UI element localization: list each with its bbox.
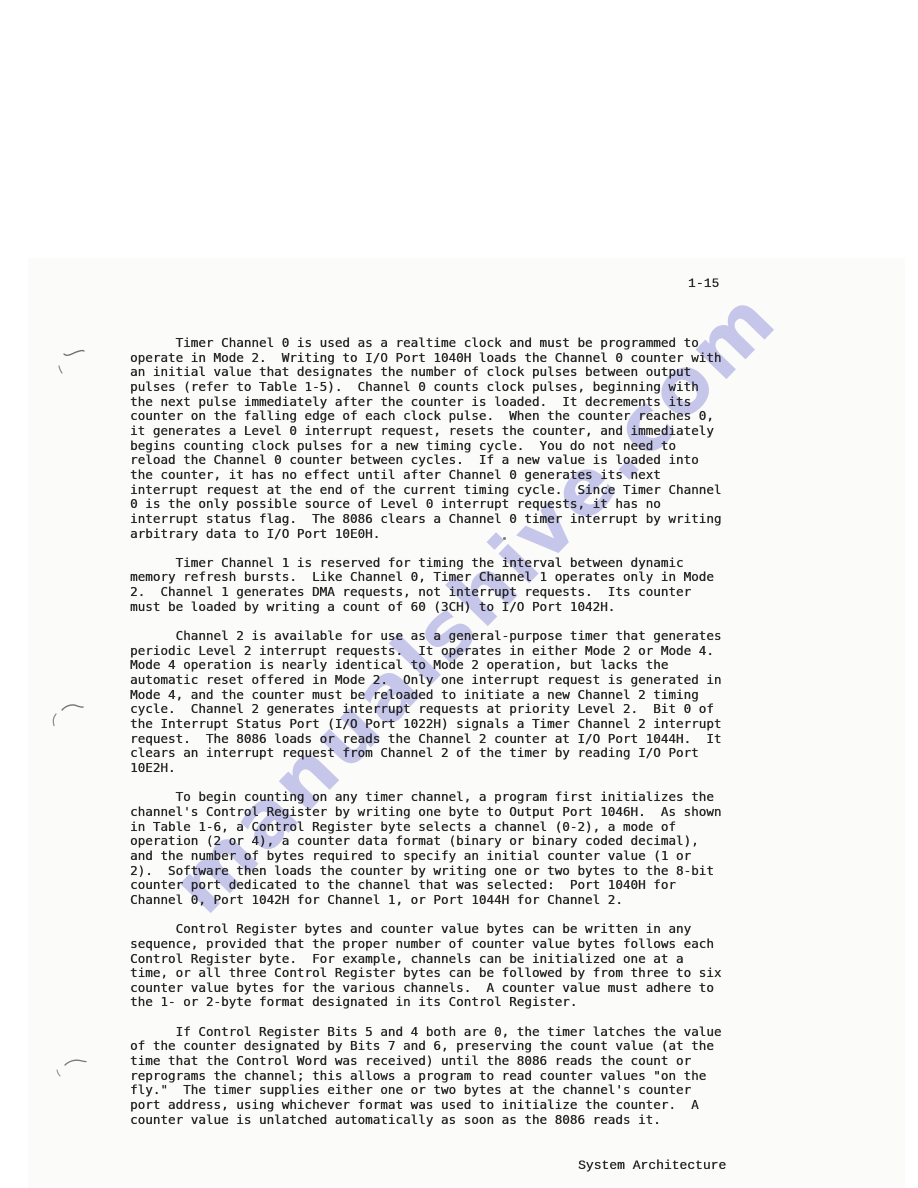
paragraph-timer-channel-0: Timer Channel 0 is used as a realtime cl… bbox=[130, 336, 730, 541]
page-number: 1-15 bbox=[688, 277, 719, 291]
paragraph-latch-behavior: If Control Register Bits 5 and 4 both ar… bbox=[130, 1025, 730, 1128]
body-text: Timer Channel 0 is used as a realtime cl… bbox=[130, 336, 730, 1142]
paragraph-write-sequence: Control Register bytes and counter value… bbox=[130, 922, 730, 1010]
pen-mark-icon bbox=[55, 342, 91, 380]
paragraph-timer-channel-1: Timer Channel 1 is reserved for timing t… bbox=[130, 556, 730, 615]
scanned-page: manualshive.com 1-15 Timer Channel 0 is … bbox=[0, 0, 918, 1188]
footer-section-title: System Architecture bbox=[578, 1158, 726, 1173]
pen-mark-icon bbox=[48, 698, 88, 732]
scan-speck bbox=[503, 537, 506, 540]
paragraph-control-register-init: To begin counting on any timer channel, … bbox=[130, 790, 730, 907]
paragraph-channel-2: Channel 2 is available for use as a gene… bbox=[130, 629, 730, 776]
pen-mark-icon bbox=[52, 1052, 92, 1082]
